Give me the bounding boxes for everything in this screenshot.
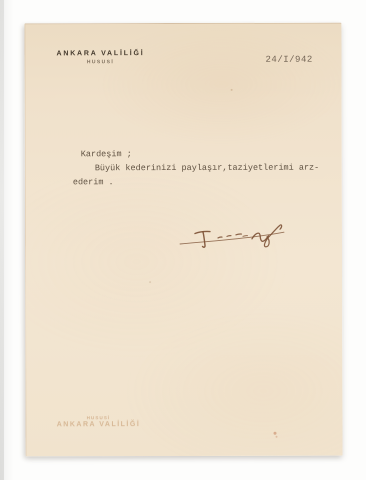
letterhead-subtitle: HUSUSİ [53, 59, 149, 65]
body-line-2: ederim . [73, 175, 323, 190]
letter-paper: ANKARA VALİLİĞİ HUSUSİ 24/I/942 Kardeşim… [24, 23, 342, 457]
paper-speck [149, 281, 151, 283]
body-line-1: Büyük kederinizi paylaşır,taziyetlerimi … [95, 161, 323, 176]
bleed-through-letterhead: HUSUSİ ANKARA VALİLİĞİ [48, 415, 148, 428]
bleed-through-title: ANKARA VALİLİĞİ [48, 421, 148, 428]
signature-scrawl [174, 220, 299, 260]
date-stamp: 24/I/942 [266, 55, 313, 65]
paper-speck [274, 432, 277, 435]
letterhead-title: ANKARA VALİLİĞİ [53, 50, 149, 57]
paper-speck [276, 436, 278, 438]
paper-speck [231, 89, 233, 91]
scan-edge-shadow [0, 0, 4, 480]
salutation-line: Kardeşim ; [81, 147, 323, 162]
scanned-letter-page: ANKARA VALİLİĞİ HUSUSİ 24/I/942 Kardeşim… [0, 0, 366, 480]
letter-body: Kardeşim ; Büyük kederinizi paylaşır,taz… [73, 147, 323, 190]
bleed-through-subtitle: HUSUSİ [48, 415, 148, 420]
letterhead: ANKARA VALİLİĞİ HUSUSİ [53, 50, 149, 65]
